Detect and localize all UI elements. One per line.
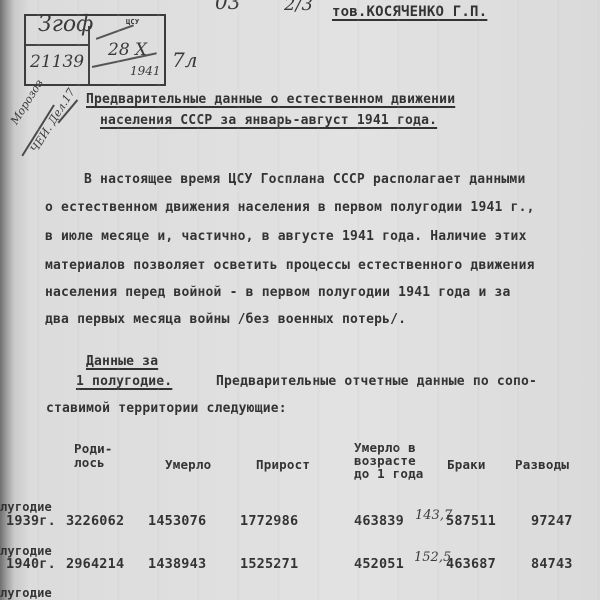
side-mark: 2/3 — [284, 0, 313, 15]
cell-infant-deaths: 463839 — [354, 513, 404, 529]
section-heading-2: 1 полугодие. — [76, 374, 172, 389]
body-line-2: о естественном движения населения в перв… — [45, 200, 535, 215]
row-label: 1939г. — [6, 513, 56, 529]
cell-divorces: 97247 — [531, 513, 573, 529]
row-label-top: лугодие — [0, 500, 52, 514]
section-text-2: ставимой территории следующие: — [46, 401, 287, 416]
cell-marriages: 587511 — [446, 513, 496, 529]
section-heading-1: Данные за — [86, 354, 158, 369]
stamp-number: 21139 — [30, 52, 84, 72]
title-line-2: населения СССР за январь-август 1941 год… — [100, 113, 437, 128]
col-header-growth: Прирост — [256, 457, 310, 472]
registration-stamp: Згоф ЦСУ 21139 28 X 1941 — [24, 14, 166, 86]
cell-growth: 1525271 — [240, 556, 298, 572]
row-label: 1940г. — [6, 556, 56, 572]
body-line-3: в июле месяце и, частично, в августе 194… — [45, 229, 527, 244]
cell-divorces: 84743 — [531, 556, 573, 572]
body-line-5: населения перед войной - в первом полуго… — [45, 285, 511, 300]
title-line-1: Предварительные данные о естественном дв… — [86, 92, 455, 107]
document-page: 03 2/3 тов.КОСЯЧЕНКО Г.П. Згоф ЦСУ 21139… — [0, 0, 600, 600]
stamp-date: 28 X — [108, 40, 147, 60]
addressee: тов.КОСЯЧЕНКО Г.П. — [332, 4, 487, 20]
cell-died: 1453076 — [148, 513, 206, 529]
row-label-top: лугодие — [0, 586, 52, 600]
cell-infant-deaths: 452051 — [354, 556, 404, 572]
body-line-4: материалов позволяет осветить процессы е… — [45, 258, 535, 273]
col-header-divorces: Разводы — [515, 457, 569, 472]
stamp-signature: Згоф — [38, 12, 93, 37]
stamp-label: ЦСУ — [126, 18, 139, 26]
stamp-year: 1941 — [130, 64, 161, 78]
cell-growth: 1772986 — [240, 513, 298, 529]
body-line-6: два первых месяца войны /без военных пот… — [45, 312, 406, 327]
section-heading-2-text: 1 полугодие. — [76, 374, 172, 389]
cell-born: 3226062 — [66, 513, 124, 529]
cell-marriages: 463687 — [446, 556, 496, 572]
col-header-marriages: Браки — [447, 457, 486, 472]
cell-born: 2964214 — [66, 556, 124, 572]
sheet-count: 7л — [172, 48, 197, 72]
section-text-1: Предварительные отчетные данные по сопо- — [216, 374, 537, 389]
col-header-born: Роди- лось — [74, 442, 113, 470]
col-header-died: Умерло — [165, 457, 211, 472]
cell-died: 1438943 — [148, 556, 206, 572]
col-header-infant-deaths: Умерло в возрасте до 1 года — [354, 441, 424, 480]
body-line-1: В настоящее время ЦСУ Госплана СССР расп… — [84, 172, 525, 187]
top-handwriting: 03 — [215, 0, 240, 14]
